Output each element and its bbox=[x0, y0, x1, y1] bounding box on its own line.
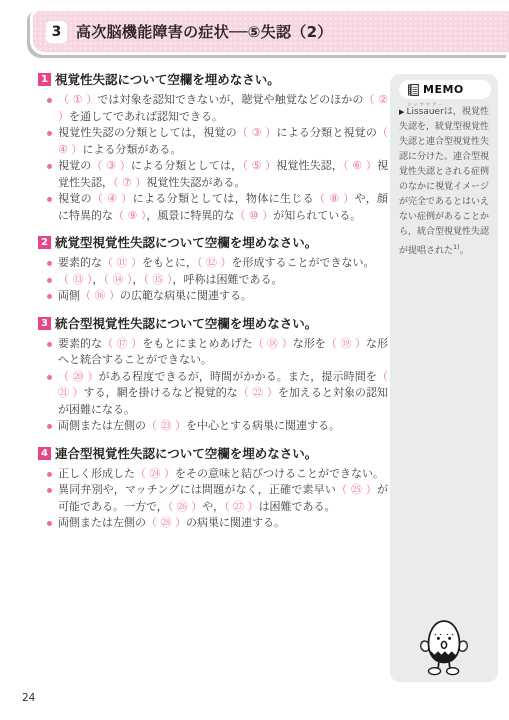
blank-placeholder: （ ⑰ ） bbox=[102, 337, 142, 350]
bullet-text: 両側 bbox=[58, 289, 80, 302]
bullet-text: の病巣に関連する。 bbox=[186, 516, 285, 529]
bullet-dot-icon bbox=[47, 424, 52, 429]
bullet-text: 視覚の bbox=[58, 192, 92, 205]
blank-placeholder: （ ⑥ ） bbox=[343, 159, 377, 172]
blank-placeholder: （ ⑳ ） bbox=[58, 370, 99, 383]
blank-placeholder: （ ⑧ ） bbox=[314, 192, 355, 205]
blank-placeholder: （ ③ ） bbox=[91, 159, 131, 172]
question-section-3: 3統合型視覚性失認について空欄を埋めなさい。要素的な（ ⑰ ）をもとにまとめあげ… bbox=[38, 316, 388, 435]
bullet-text: をその意味と結びつけることができない。 bbox=[175, 467, 384, 480]
bullet-dot-icon bbox=[47, 375, 52, 380]
memo-sidebar: MEMO ▶Lissauerリッサウアーは，視覚性失認を，統覚型視覚性失認と連合… bbox=[390, 74, 498, 682]
page-number: 24 bbox=[22, 692, 35, 704]
bullet-dot-icon bbox=[47, 521, 52, 526]
section-heading-text: 統合型視覚性失認について空欄を埋めなさい。 bbox=[55, 316, 317, 331]
bullet-text: による分類としては，物体に生じる bbox=[133, 192, 314, 205]
section-heading: 3統合型視覚性失認について空欄を埋めなさい。 bbox=[38, 316, 388, 331]
blank-placeholder: （ ③ ） bbox=[237, 126, 277, 139]
bullet-text: 視覚性失認がある。 bbox=[146, 176, 245, 189]
bullet-item: （ ⑬ ），（ ⑭ ），（ ⑮ ），呼称は困難である。 bbox=[38, 272, 388, 289]
blank-placeholder: （ ⑪ ） bbox=[102, 256, 142, 269]
bullet-text: ，呼称は困難である。 bbox=[173, 273, 283, 286]
question-section-1: 1視覚性失認について空欄を埋めなさい。（ ① ）では対象を認知できないが，聴覚や… bbox=[38, 72, 388, 224]
memo-sentence-end: 。 bbox=[460, 246, 469, 256]
bullet-text: 両側または左側の bbox=[58, 419, 146, 432]
bullet-item: （ ① ）では対象を認知できないが，聴覚や触覚などのほかの（ ② ）を通してであ… bbox=[38, 92, 388, 125]
question-section-2: 2統覚型視覚性失認について空欄を埋めなさい。要素的な（ ⑪ ）をもとに，（ ⑫ … bbox=[38, 235, 388, 305]
bullet-text: による分類としては， bbox=[131, 159, 242, 172]
bullet-text: を通してであれば認知できる。 bbox=[69, 110, 223, 123]
blank-placeholder: （ ㉘ ） bbox=[146, 516, 186, 529]
bullet-text: 要素的な bbox=[58, 337, 102, 350]
blank-placeholder: （ ⑲ ） bbox=[326, 337, 366, 350]
section-heading-text: 視覚性失認について空欄を埋めなさい。 bbox=[55, 72, 280, 87]
bullet-dot-icon bbox=[47, 294, 52, 299]
section-number-badge: 4 bbox=[38, 447, 51, 460]
bullet-text: を形成することができない。 bbox=[232, 256, 375, 269]
bullet-item: 要素的な（ ⑰ ）をもとにまとめあげた（ ⑱ ）な形を（ ⑲ ）な形へと統合する… bbox=[38, 336, 388, 369]
memo-term-base: Lissauer bbox=[406, 107, 443, 117]
bullet-text: をもとに， bbox=[142, 256, 197, 269]
bullet-dot-icon bbox=[47, 472, 52, 477]
bullet-item: 視覚の（ ④ ）による分類としては，物体に生じる（ ⑧ ）や，顔に特異的な（ ⑨… bbox=[38, 191, 388, 224]
bullet-text: ， bbox=[93, 273, 104, 286]
bullet-dot-icon bbox=[47, 278, 52, 283]
bullet-text: による分類がある。 bbox=[82, 143, 181, 156]
bullet-text: の広範な病巣に関連する。 bbox=[120, 289, 252, 302]
bullet-text: な形を bbox=[293, 337, 326, 350]
bullet-text: 異同弁別や，マッチングには問題がなく，正確で素早い bbox=[58, 483, 336, 496]
blank-placeholder: （ ㉔ ） bbox=[135, 467, 175, 480]
bullet-item: 正しく形成した（ ㉔ ）をその意味と結びつけることができない。 bbox=[38, 466, 388, 483]
bullet-text: ， bbox=[133, 273, 144, 286]
blank-placeholder: （ ⑯ ） bbox=[80, 289, 120, 302]
section-heading: 1視覚性失認について空欄を埋めなさい。 bbox=[38, 72, 388, 87]
section-number-badge: 1 bbox=[38, 73, 51, 86]
bullet-dot-icon bbox=[47, 342, 52, 347]
bullet-text: がある程度できるが，時間がかかる。また，提示時間を bbox=[99, 370, 377, 383]
bullet-item: 視覚性失認の分類としては，視覚の（ ③ ）による分類と視覚の（ ④ ）による分類… bbox=[38, 125, 388, 158]
memo-term: Lissauerリッサウアー bbox=[406, 107, 443, 117]
blank-placeholder: （ ⑩ ） bbox=[234, 209, 273, 222]
memo-reference-mark: 1) bbox=[453, 243, 460, 251]
bullet-text: をもとにまとめあげた bbox=[142, 337, 252, 350]
chapter-header: 3 高次脳機能障害の症状──⑤失認（2） bbox=[30, 8, 509, 55]
memo-text: ▶Lissauerリッサウアーは，視覚性失認を，統覚型視覚性失認と連合型視覚性失… bbox=[399, 103, 489, 259]
section-number-badge: 2 bbox=[38, 236, 51, 249]
bullet-text: を中心とする病巣に関連する。 bbox=[186, 419, 340, 432]
bullet-text: する，網を掛けるなど視覚的な bbox=[84, 386, 238, 399]
bullet-dot-icon bbox=[47, 164, 52, 169]
bullet-text: では対象を認知できないが，聴覚や触覚などのほかの bbox=[97, 93, 363, 106]
workbook-page: 3 高次脳機能障害の症状──⑤失認（2） 1視覚性失認について空欄を埋めなさい。… bbox=[0, 0, 509, 720]
bullet-text: 正しく形成した bbox=[58, 467, 135, 480]
bullet-dot-icon bbox=[47, 131, 52, 136]
bullet-text: 視覚の bbox=[58, 159, 91, 172]
blank-placeholder: （ ⑤ ） bbox=[242, 159, 276, 172]
question-sections: 1視覚性失認について空欄を埋めなさい。（ ① ）では対象を認知できないが，聴覚や… bbox=[38, 72, 388, 543]
bullet-text: 要素的な bbox=[58, 256, 102, 269]
memo-term-ruby: リッサウアー bbox=[406, 103, 443, 108]
bullet-item: 両側（ ⑯ ）の広範な病巣に関連する。 bbox=[38, 288, 388, 305]
blank-placeholder: （ ㉒ ） bbox=[238, 386, 278, 399]
bullet-item: 異同弁別や，マッチングには問題がなく，正確で素早い（ ㉕ ）が可能である。一方で… bbox=[38, 482, 388, 515]
bullet-text: や， bbox=[202, 500, 224, 513]
bullet-dot-icon bbox=[47, 197, 52, 202]
bullet-dot-icon bbox=[47, 261, 52, 266]
question-section-4: 4連合型視覚性失認について空欄を埋めなさい。正しく形成した（ ㉔ ）をその意味と… bbox=[38, 446, 388, 532]
memo-notepad-icon bbox=[406, 83, 420, 97]
chapter-title: 高次脳機能障害の症状──⑤失認（2） bbox=[76, 21, 333, 42]
blank-placeholder: （ ⑮ ） bbox=[144, 273, 173, 286]
bullet-text: 両側または左側の bbox=[58, 516, 146, 529]
bullet-item: 両側または左側の（ ㉓ ）を中心とする病巣に関連する。 bbox=[38, 418, 388, 435]
section-heading-text: 連合型視覚性失認について空欄を埋めなさい。 bbox=[55, 446, 317, 461]
chapter-number-badge: 3 bbox=[46, 21, 67, 43]
blank-placeholder: （ ㉕ ） bbox=[336, 483, 377, 496]
bullet-text: は困難である。 bbox=[259, 500, 336, 513]
blank-placeholder: （ ⑱ ） bbox=[253, 337, 293, 350]
blank-placeholder: （ ⑭ ） bbox=[104, 273, 133, 286]
blank-placeholder: （ ㉖ ） bbox=[168, 500, 203, 513]
blank-placeholder: （ ⑫ ） bbox=[197, 256, 232, 269]
memo-pointer-icon: ▶ bbox=[399, 108, 404, 116]
blank-placeholder: （ ④ ） bbox=[92, 192, 133, 205]
section-heading-text: 統覚型視覚性失認について空欄を埋めなさい。 bbox=[55, 235, 317, 250]
bullet-item: （ ⑳ ）がある程度できるが，時間がかかる。また，提示時間を（ ㉑ ）する，網を… bbox=[38, 369, 388, 419]
bullet-item: 視覚の（ ③ ）による分類としては，（ ⑤ ）視覚性失認，（ ⑥ ）視覚性失認，… bbox=[38, 158, 388, 191]
egg-character-illustration bbox=[418, 616, 470, 678]
section-heading: 4連合型視覚性失認について空欄を埋めなさい。 bbox=[38, 446, 388, 461]
blank-placeholder: （ ⑨ ） bbox=[113, 209, 146, 222]
blank-placeholder: （ ㉗ ） bbox=[224, 500, 259, 513]
bullet-text: 視覚性失認の分類としては，視覚の bbox=[58, 126, 237, 139]
bullet-dot-icon bbox=[47, 488, 52, 493]
section-number-badge: 3 bbox=[38, 317, 51, 330]
section-heading: 2統覚型視覚性失認について空欄を埋めなさい。 bbox=[38, 235, 388, 250]
bullet-text: ，風景に特異的な bbox=[146, 209, 234, 222]
bullet-item: 両側または左側の（ ㉘ ）の病巣に関連する。 bbox=[38, 515, 388, 532]
blank-placeholder: （ ㉓ ） bbox=[146, 419, 186, 432]
memo-label-pill: MEMO bbox=[399, 80, 491, 99]
bullet-item: 要素的な（ ⑪ ）をもとに，（ ⑫ ）を形成することができない。 bbox=[38, 255, 388, 272]
memo-label: MEMO bbox=[423, 83, 464, 96]
bullet-text: による分類と視覚の bbox=[276, 126, 377, 139]
blank-placeholder: （ ⑦ ） bbox=[113, 176, 146, 189]
bullet-text: 視覚性失認， bbox=[276, 159, 343, 172]
memo-body: は，視覚性失認を，統覚型視覚性失認と連合型視覚性失認に分けた。連合型視覚性失認と… bbox=[399, 107, 489, 256]
bullet-text: が知られている。 bbox=[273, 209, 361, 222]
blank-placeholder: （ ① ） bbox=[58, 93, 97, 106]
blank-placeholder: （ ⑬ ） bbox=[58, 273, 93, 286]
bullet-dot-icon bbox=[47, 98, 52, 103]
